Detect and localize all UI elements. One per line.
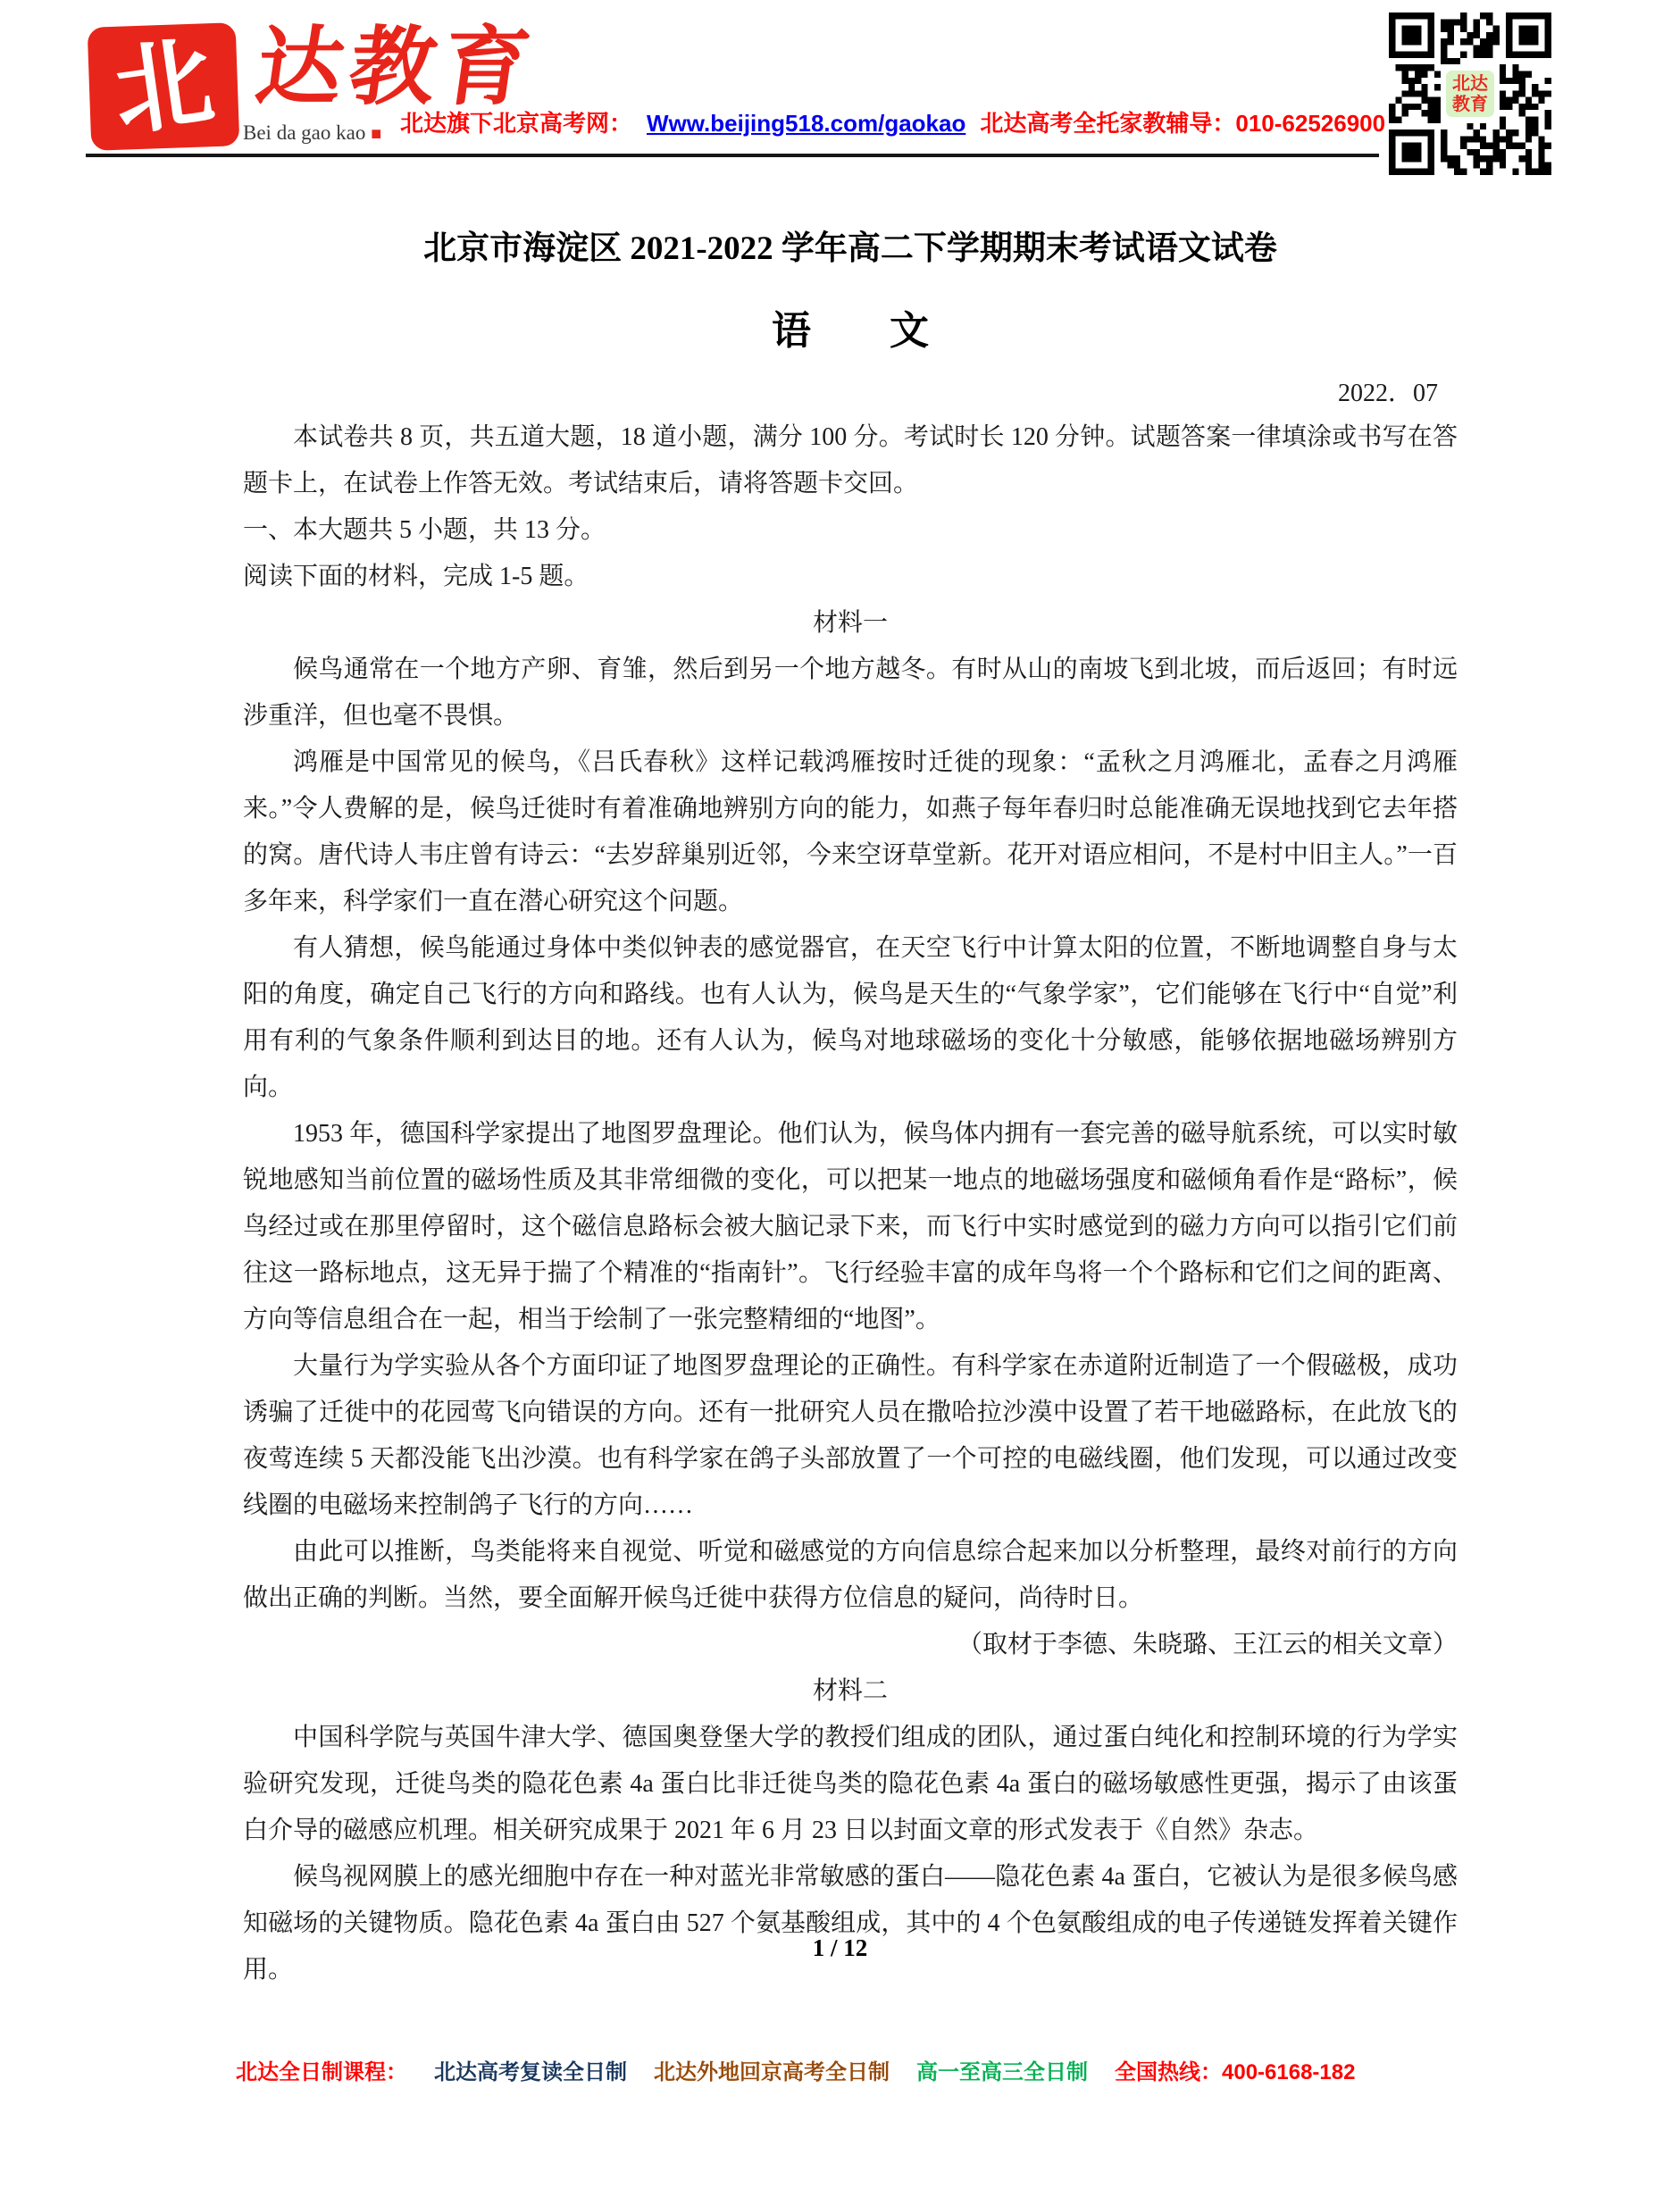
footer-item: 高一至高三全日制	[916, 2054, 1088, 2085]
paragraph: 鸿雁是中国常见的候鸟，《吕氏春秋》这样记载鸿雁按时迁徙的现象：“孟秋之月鸿雁北，…	[243, 739, 1458, 925]
paragraph: 候鸟视网膜上的感光细胞中存在一种对蓝光非常敏感的蛋白——隐花色素 4a 蛋白，它…	[243, 1854, 1458, 1993]
qr-label-line1: 北达	[1452, 73, 1488, 94]
paragraph: 1953 年，德国科学家提出了地图罗盘理论。他们认为，候鸟体内拥有一套完善的磁导…	[243, 1111, 1458, 1343]
paragraph: 大量行为学实验从各个方面印证了地图罗盘理论的正确性。有科学家在赤道附近制造了一个…	[243, 1343, 1458, 1529]
document-content: 北京市海淀区 2021-2022 学年高二下学期期末考试语文试卷 语 文 202…	[243, 0, 1458, 1993]
paragraph: 本试卷共 8 页，共五道大题，18 道小题，满分 100 分。考试时长 120 …	[243, 414, 1458, 507]
paragraph: 候鸟通常在一个地方产卵、育雏，然后到另一个地方越冬。有时从山的南坡飞到北坡，而后…	[243, 647, 1458, 739]
page-number: 1 / 12	[0, 1934, 1680, 1962]
paragraph: 由此可以推断，鸟类能将来自视觉、听觉和磁感觉的方向信息综合起来加以分析整理，最终…	[243, 1529, 1458, 1622]
exam-date: 2022．07	[243, 379, 1438, 409]
footer-item: 全国热线：400-6168-182	[1115, 2054, 1355, 2085]
page-title: 北京市海淀区 2021-2022 学年高二下学期期末考试语文试卷	[243, 229, 1458, 270]
paragraph: 一、本大题共 5 小题，共 13 分。	[243, 507, 1458, 554]
footer-item: 北达外地回京高考全日制	[654, 2054, 890, 2085]
paragraph: 中国科学院与英国牛津大学、德国奥登堡大学的教授们组成的团队，通过蛋白纯化和控制环…	[243, 1715, 1458, 1854]
document-body: 本试卷共 8 页，共五道大题，18 道小题，满分 100 分。考试时长 120 …	[243, 414, 1458, 1993]
subject-title: 语 文	[243, 307, 1458, 355]
footer-banner: 北达全日制课程：北达高考复读全日制北达外地回京高考全日制高一至高三全日制全国热线…	[236, 2054, 1355, 2085]
footer-item: 北达全日制课程：	[236, 2054, 407, 2085]
paragraph: 有人猜想，候鸟能通过身体中类似钟表的感觉器官，在天空飞行中计算太阳的位置，不断地…	[243, 925, 1458, 1111]
paragraph: 阅读下面的材料，完成 1-5 题。	[243, 554, 1458, 600]
logo-stamp: 北	[88, 22, 240, 151]
exam-page: 北 达教育 Bei da gao kao ■ 北达旗下北京高考网： Www.be…	[0, 0, 1680, 2197]
paragraph: （取材于李德、朱晓璐、王江云的相关文章）	[243, 1622, 1458, 1668]
footer-item: 北达高考复读全日制	[434, 2054, 627, 2085]
paragraph: 材料二	[243, 1668, 1458, 1715]
paragraph: 材料一	[243, 600, 1458, 647]
qr-label-line2: 教育	[1452, 94, 1488, 114]
logo-stamp-char: 北	[108, 31, 219, 142]
